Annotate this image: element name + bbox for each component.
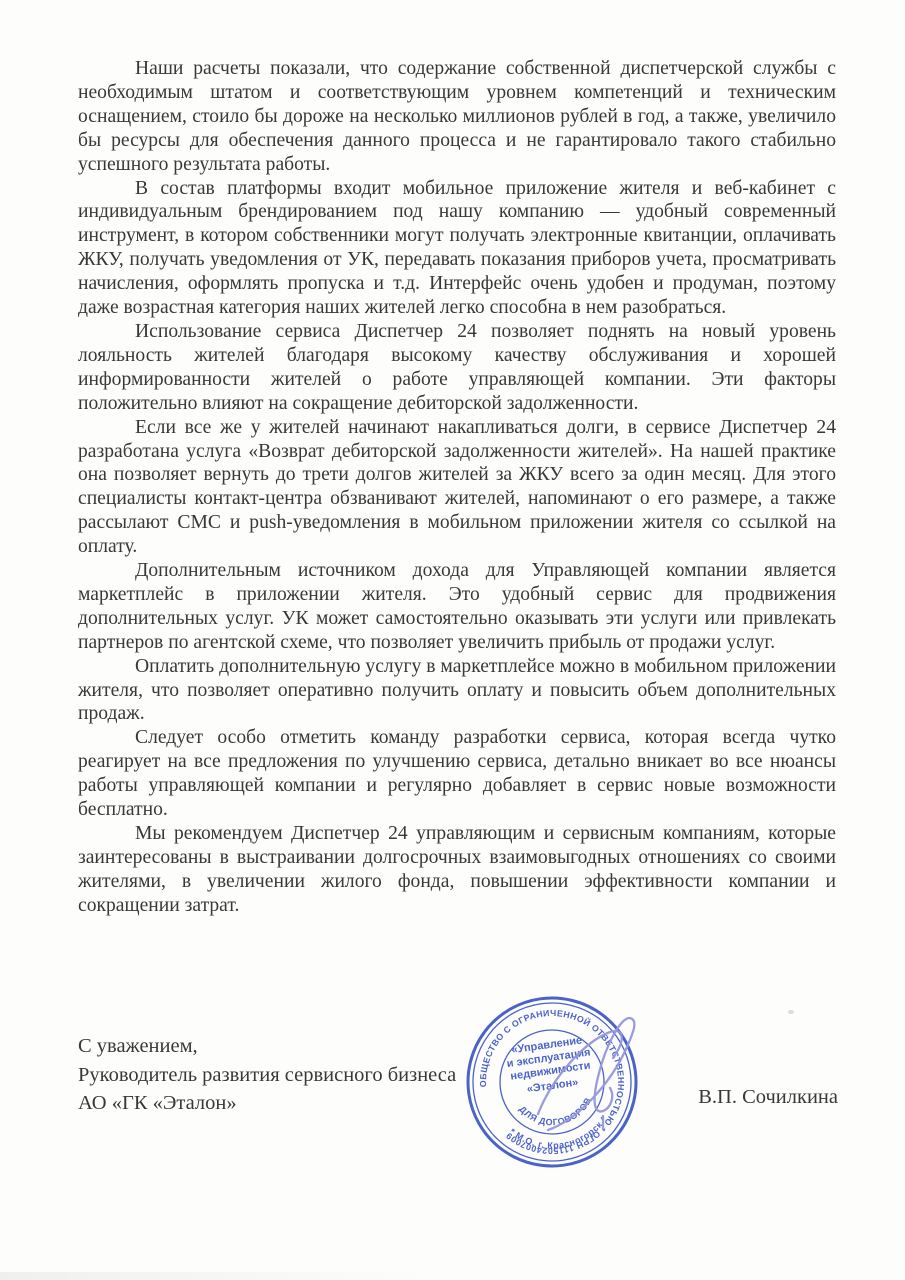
company-stamp: ОБЩЕСТВО С ОГРАНИЧЕННОЙ ОТВЕТСТВЕННОСТЬЮ… xyxy=(452,982,652,1182)
letter-paragraph: Оплатить дополнительную услугу в маркетп… xyxy=(78,655,836,727)
letter-paragraph: Следует особо отметить команду разработк… xyxy=(78,726,836,822)
scan-artifact-speck xyxy=(788,1010,794,1014)
letter-paragraph: В состав платформы входит мобильное прил… xyxy=(78,177,836,320)
letter-paragraph: Мы рекомендуем Диспетчер 24 управляющим … xyxy=(78,822,836,918)
scanned-letter-page: Наши расчеты показали, что содержание со… xyxy=(0,0,905,1280)
letter-paragraph: Если все же у жителей начинают накаплива… xyxy=(78,416,836,559)
company-stamp-graphic: ОБЩЕСТВО С ОГРАНИЧЕННОЙ ОТВЕТСТВЕННОСТЬЮ… xyxy=(452,982,652,1182)
letter-paragraph: Дополнительным источником дохода для Упр… xyxy=(78,559,836,655)
letter-paragraph: Наши расчеты показали, что содержание со… xyxy=(78,57,836,177)
signer-name: В.П. Сочилкина xyxy=(668,1086,838,1109)
letter-body: Наши расчеты показали, что содержание со… xyxy=(78,57,836,918)
scan-artifact-edge xyxy=(0,1272,430,1280)
letter-paragraph: Использование сервиса Диспетчер 24 позво… xyxy=(78,320,836,416)
